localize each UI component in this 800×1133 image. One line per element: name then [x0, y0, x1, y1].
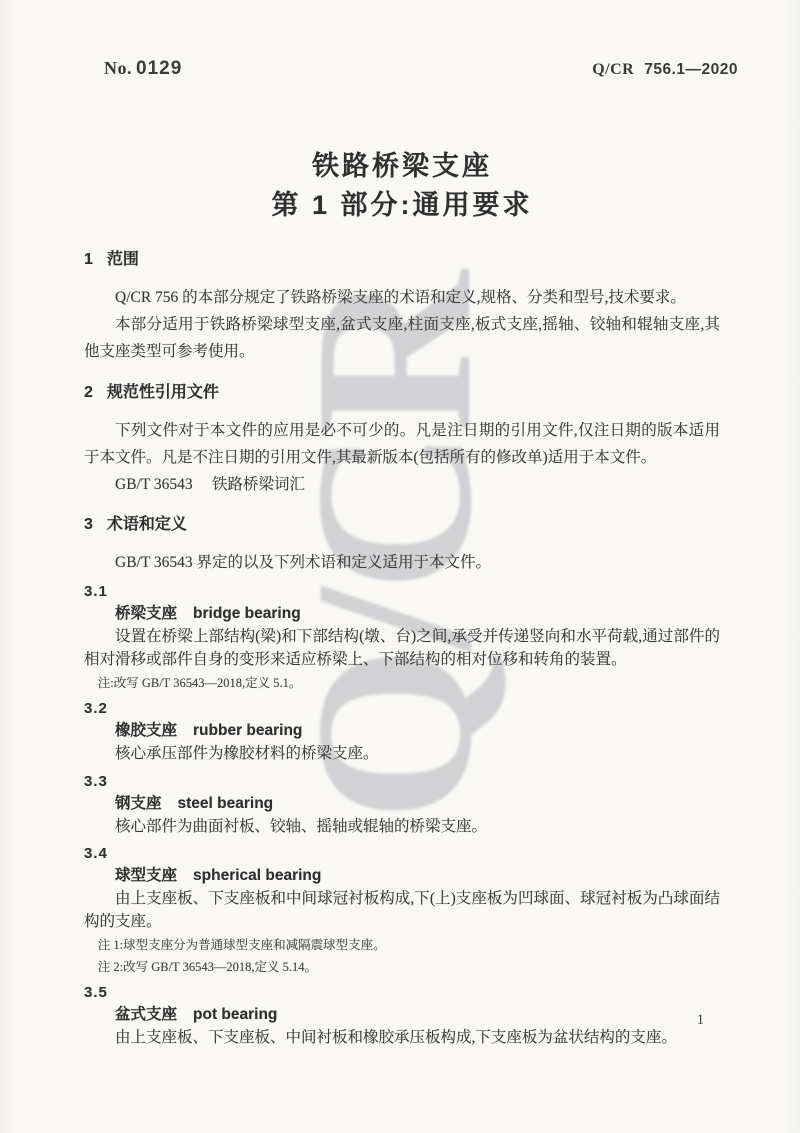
normative-reference: GB/T 36543 铁路桥梁词汇 [84, 471, 720, 498]
section-3-number: 3 [84, 516, 93, 533]
term-note-2: 注 2:改写 GB/T 36543—2018,定义 5.14。 [84, 958, 720, 977]
section-1-paragraph-1: Q/CR 756 的本部分规定了铁路桥梁支座的术语和定义,规格、分类和型号,技术… [84, 284, 720, 311]
document-body: 铁路桥梁支座 第 1 部分:通用要求 1范围 Q/CR 756 的本部分规定了铁… [84, 148, 720, 1050]
term-note-1: 注 1:球型支座分为普通球型支座和减隔震球型支座。 [84, 936, 720, 955]
term-entry-3-3: 3.3 钢支座steel bearing 核心部件为曲面衬板、铰轴、摇轴或辊轴的… [84, 771, 720, 839]
term-definition: 设置在桥梁上部结构(梁)和下部结构(墩、台)之间,承受并传递竖向和水平荷载,通过… [84, 626, 720, 671]
term-heading: 橡胶支座rubber bearing [84, 720, 720, 742]
term-en: steel bearing [178, 795, 274, 812]
standard-digits: 756.1—2020 [644, 61, 738, 78]
section-1-paragraph-2: 本部分适用于铁路桥梁球型支座,盆式支座,柱面支座,板式支座,摇轴、铰轴和辊轴支座… [84, 311, 720, 365]
term-number: 3.3 [84, 771, 720, 792]
serial-digits: 0129 [136, 58, 182, 79]
term-heading: 钢支座steel bearing [84, 793, 720, 815]
doc-title-line1: 铁路桥梁支座 [84, 148, 720, 184]
term-zh: 钢支座 [115, 795, 162, 812]
section-3-intro: GB/T 36543 界定的以及下列术语和定义适用于本文件。 [84, 549, 720, 576]
term-en: bridge bearing [193, 605, 301, 622]
term-number: 3.1 [84, 581, 720, 602]
term-en: spherical bearing [193, 867, 321, 884]
section-2-heading: 2规范性引用文件 [84, 382, 720, 404]
document-page: Q/CR No. 0129 Q/CR 756.1—2020 铁路桥梁支座 第 1… [0, 0, 800, 1133]
term-number: 3.5 [84, 982, 720, 1003]
term-entry-3-2: 3.2 橡胶支座rubber bearing 核心承压部件为橡胶材料的桥梁支座。 [84, 698, 720, 766]
term-heading: 桥梁支座bridge bearing [84, 603, 720, 625]
section-2-title: 规范性引用文件 [107, 384, 219, 401]
section-2-paragraph-1: 下列文件对于本文件的应用是必不可少的。凡是注日期的引用文件,仅注日期的版本适用于… [84, 417, 720, 471]
term-zh: 桥梁支座 [115, 605, 177, 622]
term-number: 3.4 [84, 843, 720, 864]
term-heading: 盆式支座pot bearing [84, 1004, 720, 1026]
section-1-title: 范围 [107, 251, 139, 268]
section-1-number: 1 [84, 251, 93, 268]
term-heading: 球型支座spherical bearing [84, 865, 720, 887]
term-zh: 盆式支座 [115, 1006, 177, 1023]
section-3-heading: 3术语和定义 [84, 514, 720, 536]
term-number: 3.2 [84, 698, 720, 719]
doc-title-line2: 第 1 部分:通用要求 [84, 187, 720, 223]
term-zh: 橡胶支座 [115, 722, 177, 739]
section-1-heading: 1范围 [84, 249, 720, 271]
term-entry-3-4: 3.4 球型支座spherical bearing 由上支座板、下支座板和中间球… [84, 843, 720, 977]
term-zh: 球型支座 [115, 867, 177, 884]
term-definition: 由上支座板、下支座板、中间衬板和橡胶承压板构成,下支座板为盆状结构的支座。 [84, 1027, 720, 1050]
standard-code: Q/CR [592, 61, 634, 78]
page-header: No. 0129 Q/CR 756.1—2020 [104, 58, 738, 80]
page-number: 1 [697, 1012, 704, 1029]
standard-number: Q/CR 756.1—2020 [592, 61, 738, 79]
term-entry-3-1: 3.1 桥梁支座bridge bearing 设置在桥梁上部结构(梁)和下部结构… [84, 581, 720, 693]
term-definition: 核心承压部件为橡胶材料的桥梁支座。 [84, 743, 720, 766]
document-serial-number: No. 0129 [104, 58, 182, 80]
section-3-title: 术语和定义 [107, 516, 187, 533]
term-en: rubber bearing [193, 722, 302, 739]
serial-prefix: No. [104, 58, 132, 78]
term-note: 注:改写 GB/T 36543—2018,定义 5.1。 [84, 674, 720, 693]
section-2-number: 2 [84, 384, 93, 401]
term-en: pot bearing [193, 1006, 277, 1023]
term-entry-3-5: 3.5 盆式支座pot bearing 由上支座板、下支座板、中间衬板和橡胶承压… [84, 982, 720, 1050]
term-definition: 由上支座板、下支座板和中间球冠衬板构成,下(上)支座板为凹球面、球冠衬板为凸球面… [84, 888, 720, 933]
term-definition: 核心部件为曲面衬板、铰轴、摇轴或辊轴的桥梁支座。 [84, 816, 720, 839]
